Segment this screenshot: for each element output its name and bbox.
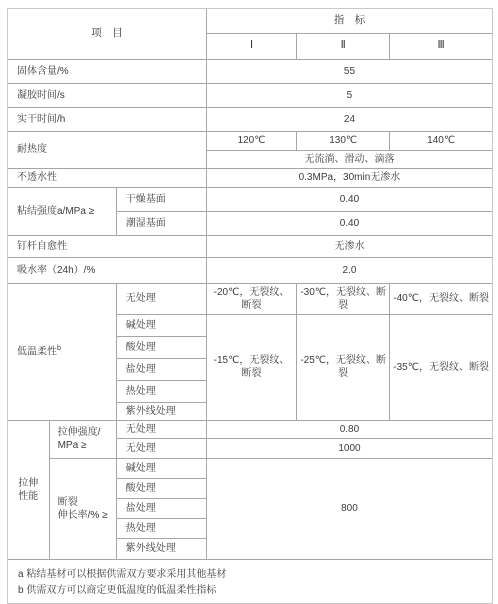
dry-time-value: 24 [206,107,492,131]
bond-strength-wet-label: 潮湿基面 [116,211,206,235]
elongation-untreated-value: 1000 [206,438,492,458]
heat-resistance-result: 无流淌、滑动、滴落 [206,150,492,168]
bond-strength-dry-value: 0.40 [206,187,492,211]
row-elongation-alkali: 断裂 伸长率/% ≥ 碱处理 800 [8,458,492,478]
row-tensile-strength: 拉伸 性能 拉伸强度/ MPa ≥ 无处理 0.80 [8,420,492,438]
water-absorption-label: 吸水率（24h）/% [8,257,206,283]
heat-resistance-t3: 140℃ [390,131,492,150]
footnote-b: b 供需双方可以商定更低温度的低温柔性指标 [18,583,486,599]
header-grade-1: Ⅰ [206,33,296,59]
low-temp-untreated-v2: -30℃，无裂纹、断裂 [297,283,390,314]
heat-resistance-t1: 120℃ [206,131,296,150]
low-temp-untreated-v1: -20℃，无裂纹、断裂 [206,283,296,314]
header-grade-3: Ⅲ [390,33,492,59]
low-temp-alkali-label: 碱处理 [116,314,206,336]
dry-time-label: 实干时间/h [8,107,206,131]
low-temp-salt-label: 盐处理 [116,358,206,380]
low-temp-flex-footnote-mark: b [57,345,61,352]
tensile-strength-untreated-label: 无处理 [116,420,206,438]
row-heat-resistance-temps: 耐热度 120℃ 130℃ 140℃ [8,131,492,150]
row-gel-time: 凝胶时间/s 5 [8,83,492,107]
row-dry-time: 实干时间/h 24 [8,107,492,131]
tensile-label: 拉伸 性能 [8,420,49,559]
water-absorption-value: 2.0 [206,257,492,283]
elongation-alkali-label: 碱处理 [116,458,206,478]
tensile-strength-value: 0.80 [206,420,492,438]
impermeability-value: 0.3MPa，30min无渗水 [206,168,492,187]
low-temp-treated-v3: -35℃，无裂纹、断裂 [390,314,492,420]
row-impermeability: 不透水性 0.3MPa，30min无渗水 [8,168,492,187]
gel-time-label: 凝胶时间/s [8,83,206,107]
solid-content-label: 固体含量/% [8,59,206,83]
row-nail-self-healing: 钉杆自愈性 无渗水 [8,235,492,257]
heat-resistance-label: 耐热度 [8,131,206,168]
low-temp-untreated-label: 无处理 [116,283,206,314]
solid-content-value: 55 [206,59,492,83]
nail-self-healing-value: 无渗水 [206,235,492,257]
elongation-salt-label: 盐处理 [116,498,206,518]
elongation-untreated-label: 无处理 [116,438,206,458]
row-low-temp-untreated: 低温柔性b 无处理 -20℃，无裂纹、断裂 -30℃，无裂纹、断裂 -40℃，无… [8,283,492,314]
bond-strength-dry-label: 干燥基面 [116,187,206,211]
nail-self-healing-label: 钉杆自愈性 [8,235,206,257]
low-temp-uv-label: 紫外线处理 [116,402,206,420]
spec-table: 项 目 指 标 Ⅰ Ⅱ Ⅲ 固体含量/% 55 凝胶时间/s 5 实干时间/h … [8,9,492,603]
header-index-cell: 指 标 [206,9,492,33]
heat-resistance-t2: 130℃ [297,131,390,150]
header-row-1: 项 目 指 标 [8,9,492,33]
elongation-acid-label: 酸处理 [116,478,206,498]
elongation-heat-label: 热处理 [116,518,206,538]
row-solid-content: 固体含量/% 55 [8,59,492,83]
low-temp-acid-label: 酸处理 [116,336,206,358]
impermeability-label: 不透水性 [8,168,206,187]
header-item-cell: 项 目 [8,9,206,59]
low-temp-untreated-v3: -40℃，无裂纹、断裂 [390,283,492,314]
elongation-treated-value: 800 [206,458,492,559]
tensile-strength-label: 拉伸强度/ MPa ≥ [49,420,116,458]
document-page: 项 目 指 标 Ⅰ Ⅱ Ⅲ 固体含量/% 55 凝胶时间/s 5 实干时间/h … [7,8,493,604]
header-grade-2: Ⅱ [297,33,390,59]
low-temp-flex-label: 低温柔性b [8,283,116,420]
footnote-row: a 粘结基材可以根据供需双方要求采用其他基材 b 供需双方可以商定更低温度的低温… [8,559,492,603]
low-temp-treated-v2: -25℃，无裂纹、断裂 [297,314,390,420]
low-temp-heat-label: 热处理 [116,380,206,402]
bond-strength-label: 粘结强度a/MPa ≥ [8,187,116,235]
footnote-a: a 粘结基材可以根据供需双方要求采用其他基材 [18,567,486,583]
bond-strength-wet-value: 0.40 [206,211,492,235]
row-bond-strength-dry: 粘结强度a/MPa ≥ 干燥基面 0.40 [8,187,492,211]
elongation-label: 断裂 伸长率/% ≥ [49,458,116,559]
row-water-absorption: 吸水率（24h）/% 2.0 [8,257,492,283]
low-temp-treated-v1: -15℃，无裂纹、断裂 [206,314,296,420]
elongation-uv-label: 紫外线处理 [116,538,206,559]
gel-time-value: 5 [206,83,492,107]
footnotes-cell: a 粘结基材可以根据供需双方要求采用其他基材 b 供需双方可以商定更低温度的低温… [8,559,492,603]
